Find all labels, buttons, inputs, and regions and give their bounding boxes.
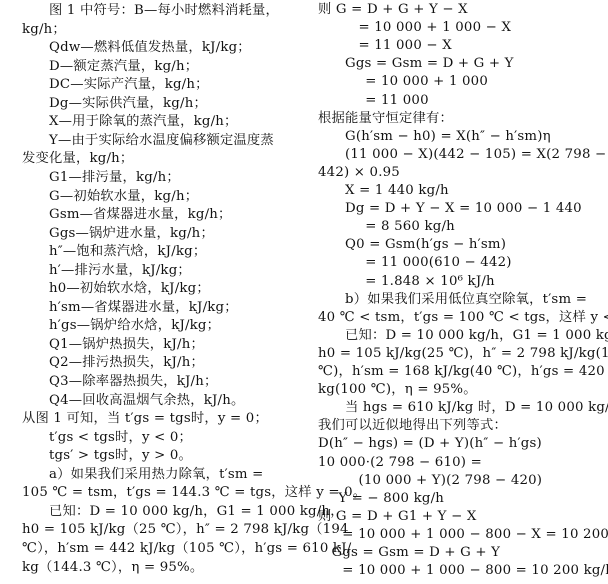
text-line: = 10 000 + 1 000 − X [359, 19, 512, 37]
text-line: 已知：D = 10 000 kg/h，G1 = 1 000 kg/h， [49, 503, 344, 521]
text-line: D—额定蒸汽量，kg/h； [49, 58, 198, 76]
text-line: 442) × 0.95 [318, 164, 400, 182]
text-line: Q4—回收高温烟气余热，kJ/h。 [49, 392, 244, 410]
text-line: kg(100 ℃)，η = 95%。 [318, 381, 477, 399]
text-line: 则 G = D + G + Y − X [318, 1, 468, 19]
text-line: Dg = D + Y − X = 10 000 − 1 440 [345, 200, 582, 218]
text-line: D(h″ − hgs) = (D + Y)(h″ − h′gs) [318, 435, 542, 453]
text-line: ℃），h′sm = 442 kJ/kg（105 ℃），h′gs = 610 kJ… [22, 540, 351, 558]
text-line: = 1.848 × 10⁶ kJ/h [365, 273, 495, 291]
text-line: DC—实际产汽量，kg/h； [49, 76, 209, 94]
text-line: Q3—除率器热损失，kJ/h； [49, 373, 217, 391]
text-line: = 11 000(610 − 442) [365, 254, 511, 272]
text-line: Dg—实际供汽量，kg/h； [49, 95, 207, 113]
text-line: 当 hgs = 610 kJ/kg 时，D = 10 000 kg/h [345, 399, 608, 417]
text-line: Y = − 800 kg/h [338, 490, 444, 508]
text-line: 发变化量，kg/h； [22, 150, 133, 168]
text-line: Q2—排污热损失，kJ/h； [49, 354, 204, 372]
text-line: = 11 000 − X [359, 37, 452, 55]
text-line: ℃)，h′sm = 168 kJ/kg(40 ℃)，h′gs = 420 kJ/ [318, 363, 608, 381]
text-line: Ggs—锅炉进水量，kg/h； [49, 225, 214, 243]
text-line: kg（144.3 ℃），η = 95%。 [22, 559, 203, 577]
text-line: h′—排污水量，kJ/kg； [49, 262, 191, 280]
text-line: 10 000·(2 798 − 610) = [318, 454, 482, 472]
text-line: = 10 000 + 1 000 [365, 73, 488, 91]
text-line: 已知：D = 10 000 kg/h，G1 = 1 000 kg/h， [345, 327, 608, 345]
text-line: t′gs < tgs时，y < 0； [49, 429, 192, 447]
text-line: Qdw—燃料低值发热量，kJ/kg； [49, 39, 251, 57]
text-line: 105 ℃ = tsm，t′gs = 144.3 ℃ = tgs，这样 y = … [22, 484, 366, 502]
text-line: Gsm—省煤器进水量，kg/h； [49, 206, 232, 224]
text-line: 40 ℃ < tsm，t′gs = 100 ℃ < tgs，这样 y < 0。 [318, 309, 608, 327]
text-line: X = 1 440 kg/h [345, 182, 449, 200]
text-line: 图 1 中符号：B—每小时燃料消耗量， [49, 2, 279, 20]
text-line: tgs′ > tgs时，y > 0。 [49, 447, 192, 465]
text-line: h0 = 105 kJ/kg(25 ℃)，h″ = 2 798 kJ/kg(19… [318, 345, 608, 363]
text-line: G—初始软水量，kg/h； [49, 188, 198, 206]
text-line: a）如果我们采用热力除氧，t′sm = [49, 466, 263, 484]
text-line: (10 000 + Y)(2 798 − 420) [359, 472, 543, 490]
text-line: = 11 000 [365, 92, 429, 110]
text-line: G1—排污量，kg/h； [49, 169, 180, 187]
text-line: = 8 560 kg/h [365, 218, 455, 236]
text-line: X—用于除氧的蒸汽量，kg/h； [49, 113, 238, 131]
text-line: Ggs = Gsm = D + G + Y [345, 55, 514, 73]
text-line: 则 G = D + G1 + Y − X [318, 508, 477, 526]
text-line: b）如果我们采用低位真空除氧，t′sm = [345, 291, 587, 309]
text-line: h′gs—锅炉给水焓，kJ/kg； [49, 317, 220, 335]
text-line: 我们可以近似地得出下列等式： [318, 417, 507, 435]
text-line: = 10 000 + 1 000 − 800 − X = 10 200 − X [342, 526, 608, 544]
text-line: = 10 000 + 1 000 − 800 = 10 200 kg/h [342, 562, 608, 580]
text-line: (11 000 − X)(442 − 105) = X(2 798 − [345, 146, 606, 164]
text-line: h″—饱和蒸汽焓，kJ/kg； [49, 243, 206, 261]
text-line: Ggs = Gsm = D + G + Y [332, 544, 501, 562]
text-line: Y—由于实际给水温度偏移额定温度蒸 [49, 132, 274, 150]
text-line: Q0 = Gsm(h′gs − h′sm) [345, 236, 506, 254]
text-line: h0—初始软水焓，kJ/kg； [49, 280, 210, 298]
text-line: h′sm—省煤器进水量，kJ/kg； [49, 299, 238, 317]
text-line: 根据能量守恒定律有： [318, 110, 453, 128]
text-line: Q1—锅炉热损失，kJ/h； [49, 336, 204, 354]
text-line: G(h′sm − h0) = X(h″ − h′sm)η [345, 128, 551, 146]
text-line: 从图 1 可知，当 t′gs = tgs时，y = 0； [22, 410, 268, 428]
text-line: h0 = 105 kJ/kg（25 ℃），h″ = 2 798 kJ/kg（19… [22, 521, 349, 539]
text-line: kg/h； [22, 21, 66, 39]
